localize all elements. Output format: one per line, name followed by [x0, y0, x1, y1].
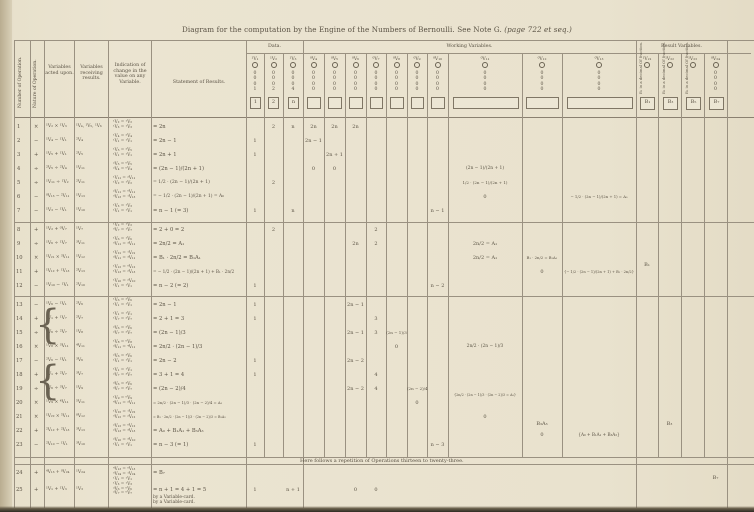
cell: 2n − 2: [345, 386, 366, 392]
change-line: ¹V₁ = ¹V₁: [113, 284, 135, 289]
data-box-v3: n: [288, 97, 299, 109]
op-recv: ¹V₂₄: [76, 470, 85, 476]
op-change: ¹V₈ = ⁰V₈³V₁₁ = ⁴V₁₁: [113, 340, 135, 350]
result-box-b5: B₅: [686, 97, 701, 110]
op-result: = B₁ · 2n/2 = B₁A₁: [153, 255, 201, 261]
result-box-b1: B₁: [640, 97, 655, 110]
op-number: 15: [16, 330, 23, 336]
header-result-variables: Result Variables.: [636, 44, 727, 50]
cell: 2: [264, 124, 283, 130]
cell: 1: [246, 283, 264, 289]
op-number: 23: [16, 442, 23, 448]
section-divider-4: [14, 464, 754, 465]
op-recv: ⁰V₁₂: [76, 414, 85, 420]
op-change: ¹V₂ = ¹V₂¹V₃ = ¹V₃: [113, 120, 132, 130]
op-change: ¹V₅ = ²V₅¹V₁ = ¹V₁: [113, 148, 132, 158]
op-result: = B₃ · 2n/2 · (2n − 1)/3 · (2n − 2)/3 = …: [153, 414, 226, 420]
op-recv: ²V₁₁: [76, 180, 85, 186]
cell: (2n − 1)/3: [386, 330, 407, 336]
change-line: ²V₇ = ²V₇: [113, 331, 132, 336]
op-change: ²V₁₁ = ⁰V₁₁⁰V₁₃ = ¹V₁₃: [113, 190, 135, 200]
op-number: 9: [17, 241, 20, 247]
cell: 0: [345, 487, 366, 493]
col-line: [345, 53, 346, 457]
note-line: by a Variable-card.: [153, 500, 195, 505]
op-recv: ¹V₁₂: [76, 255, 85, 261]
working-box: [349, 97, 363, 109]
op-recv: ³V₁₀: [76, 442, 85, 448]
cell: n: [283, 208, 303, 214]
op-change: ¹V₆ = ¹V₆⁰V₁₁ = ³V₁₁: [113, 237, 135, 247]
change-line: ¹V₁ = ¹V₁: [113, 153, 132, 158]
cell: 4: [366, 386, 386, 392]
circle-icon: [435, 62, 441, 68]
op-nature: −: [34, 283, 38, 289]
op-nature: +: [34, 152, 38, 158]
op-nature: −: [34, 208, 38, 214]
change-line: ²V₇ = ³V₇: [113, 373, 132, 378]
digit: 1: [246, 87, 264, 92]
cell: B₃: [658, 421, 681, 427]
op-recv: ²V₅: [76, 152, 83, 158]
op-change: ¹V₃ = ¹V₃¹V₁ = ¹V₁: [113, 204, 132, 214]
working-box: [328, 97, 342, 109]
op-recv: ¹V₁₁: [76, 166, 85, 172]
cell: 2: [264, 227, 283, 233]
header-indication-of-change: Indication of change in the value on any…: [109, 63, 151, 85]
col-line: [386, 53, 387, 457]
cell: 0: [522, 269, 562, 275]
op-recv: ²V₁₀: [76, 283, 85, 289]
op-recv: ²V₁₃: [76, 269, 85, 275]
header-variables-receiving-results: Variables receiving results.: [75, 65, 108, 82]
op-number: 8: [17, 227, 20, 233]
circle-icon: [482, 62, 488, 68]
op-recv: ³V₁₁: [76, 241, 85, 247]
op-change: ¹V₂₂ = ¹V₂₂⁰V₁₂ = ²V₁₂: [113, 410, 135, 420]
cell: 2: [366, 241, 386, 247]
circle-icon: [332, 62, 338, 68]
col-line: [704, 53, 705, 457]
working-box: [453, 97, 519, 109]
op-nature: ×: [34, 414, 38, 420]
working-column-v4: ⁰V₄0000: [303, 57, 324, 92]
op-result: = (2n − 1)/(2n + 1): [153, 166, 204, 172]
op-change: ²V₁₀ = ³V₁₀¹V₁ = ¹V₁: [113, 438, 135, 448]
op-acted: ⁰V₁₃ − ²V₁₁: [46, 194, 69, 200]
cell: B₃A₃: [522, 421, 562, 427]
change-line: ⁰V₇ = ¹V₇: [113, 228, 132, 233]
op-recv: ¹V₁₀: [76, 208, 85, 214]
cell: 2n: [303, 124, 324, 130]
cell: 2n/2 · (2n − 1)/3: [448, 344, 522, 350]
cell: 1: [246, 302, 264, 308]
op-change: ¹V₁₀ = ²V₁₀¹V₁ = ¹V₁: [113, 279, 135, 289]
op-recv: ³V₁₃: [76, 428, 85, 434]
cell: 2n − 1: [345, 330, 366, 336]
cell: 1: [246, 138, 264, 144]
cell: B₁ · 2n/2 = B₁A₁: [522, 255, 562, 261]
col-line: [727, 40, 728, 508]
header-variables-acted-upon: Variables acted upon.: [45, 65, 74, 76]
header-working-variables: Working Variables.: [303, 44, 636, 50]
change-line: ²V₁₃ = ³V₁₃: [113, 429, 135, 434]
cell: 1: [246, 316, 264, 322]
data-column-v1: ¹V₁ 0 0 0 1: [246, 57, 264, 92]
col-line: [74, 40, 75, 508]
change-line: ¹V₁ = ¹V₁: [113, 443, 135, 448]
op-acted: ¹V₅ + ¹V₁: [46, 152, 67, 158]
op-acted: ¹V₆ ÷ ¹V₇: [46, 241, 67, 247]
working-box: [526, 97, 559, 109]
op-number: 18: [16, 372, 23, 378]
col-line: [366, 53, 367, 457]
result-box-b3: B₃: [663, 97, 678, 110]
change-line: ¹V₇ = ²V₇: [113, 317, 132, 322]
digit: 2: [264, 87, 283, 92]
cell: n + 1: [283, 487, 303, 493]
col-line: [427, 53, 428, 457]
col-line: [44, 40, 45, 508]
bracket-group-17-20: {: [35, 356, 60, 406]
cell: {A₀ + B₁A₁ + B₃A₃}: [562, 432, 636, 438]
cell: 2: [366, 227, 386, 233]
cell: (2n − 1)/(2n + 1): [448, 166, 522, 172]
op-acted: ¹V₂₁ × ³V₁₁: [46, 255, 69, 261]
cell: n − 3: [427, 442, 448, 448]
working-box: [370, 97, 383, 109]
page-bottom-shadow: [0, 506, 754, 512]
header-bottom-border: [14, 117, 754, 118]
book-spine: [0, 0, 12, 512]
op-result: = 2 + 1 = 3: [153, 316, 184, 322]
op-acted: ²V₁₂ + ²V₁₃: [46, 428, 69, 434]
working-column-v13: ⁰V₁₃0000: [562, 57, 636, 92]
cell: 4: [366, 372, 386, 378]
cell: 0: [303, 166, 324, 172]
op-result: = n − 2 (= 2): [153, 283, 188, 289]
op-change: ¹V₆ = ²V₆¹V₁ = ¹V₁: [113, 298, 132, 308]
working-column-v5: ⁰V₅0000: [324, 57, 345, 92]
op-change: ¹V₁₂ = ⁰V₁₂¹V₁₃ = ²V₁₃: [113, 265, 135, 275]
op-nature: +: [34, 487, 38, 493]
change-line: ¹V₁₃ = ²V₁₃: [113, 270, 135, 275]
working-column-v7: ⁰V₇0000: [366, 57, 386, 92]
cell: 1: [246, 208, 264, 214]
op-number: 21: [16, 414, 23, 420]
header-nature-of-operation: Nature of Operation.: [33, 59, 38, 108]
op-number: 13: [16, 302, 23, 308]
op-change: ¹V₁ = ¹V₁¹V₃ = ¹V₃⁵V₆ = ⁰V₆⁵V₇ = ⁰V₇: [113, 477, 132, 496]
cell: 2n: [324, 124, 345, 130]
cell: 1: [246, 358, 264, 364]
circle-icon: [539, 62, 545, 68]
cell: (2n − 2)/4: [407, 386, 427, 392]
cell: 2n: [345, 241, 366, 247]
cell: 1: [246, 372, 264, 378]
group-header-divider: [246, 53, 751, 54]
op-nature: +: [34, 470, 38, 476]
circle-icon: [690, 62, 696, 68]
col-line: [562, 53, 563, 457]
circle-icon: [667, 62, 673, 68]
op-nature: +: [34, 269, 38, 275]
op-acted: ¹V₃ − ¹V₁: [46, 208, 67, 214]
op-result: = n + 1 = 4 + 1 = 5: [153, 487, 206, 493]
op-result: = A₀ + B₁A₁ + B₃A₃: [153, 428, 204, 434]
op-number: 20: [16, 400, 23, 406]
col-line: [30, 40, 31, 508]
op-acted: ¹V₂ × ¹V₃: [46, 124, 67, 130]
cell: 2n + 1: [324, 152, 345, 158]
op-result: = − 1/2 · (2n − 1)/(2n + 1) = A₀: [153, 194, 224, 200]
col-line: [303, 40, 304, 508]
cell: − 1/2 · (2n − 1)/(2n + 1) = A₀: [562, 194, 636, 200]
title-page-reference: (page 722 et seq.): [504, 25, 572, 34]
cell: {− 1/2 · (2n − 1)/(2n + 1) + B₁ · 2n/2}: [562, 269, 636, 275]
op-change: ¹V₂ = ¹V₂⁰V₇ = ¹V₇: [113, 223, 132, 233]
op-acted: ¹V₁₀ − ¹V₁: [46, 283, 69, 289]
cell: 1/2 · (2n − 1)/(2n + 1): [448, 180, 522, 186]
op-acted: ⁴V₁₃ + ⁰V₂₄: [46, 470, 69, 476]
op-number: 2: [17, 138, 20, 144]
header-data: Data.: [246, 44, 303, 50]
change-line: ³V₁₁ = ⁴V₁₁: [113, 345, 135, 350]
change-line: ⁴V₁₁ = ⁵V₁₁: [113, 401, 135, 406]
cell: n: [283, 124, 303, 130]
circle-icon: [644, 62, 650, 68]
op-number: 3: [17, 152, 20, 158]
op-result: = 2n − 1: [153, 302, 177, 308]
op-number: 11: [16, 269, 23, 275]
op-change: ¹V₁₁ = ²V₁₁¹V₂ = ¹V₂: [113, 176, 135, 186]
op-acted: ¹V₂₂ × ⁵V₁₁: [46, 414, 69, 420]
working-box: [567, 97, 633, 109]
op-number: 16: [16, 344, 23, 350]
col-line: [407, 53, 408, 457]
op-number: 6: [17, 194, 20, 200]
cell: 2n: [345, 124, 366, 130]
op-acted: ²V₅ ÷ ²V₄: [46, 166, 67, 172]
circle-icon: [311, 62, 317, 68]
op-result: = n − 1 (= 3): [153, 208, 188, 214]
op-nature: +: [34, 428, 38, 434]
working-box: [411, 97, 424, 109]
op-nature: ×: [34, 124, 38, 130]
op-change: ¹V₁ = ¹V₁²V₇ = ³V₇: [113, 368, 132, 378]
cell: 2: [264, 180, 283, 186]
circle-icon: [414, 62, 420, 68]
circle-icon: [713, 62, 719, 68]
op-number: 22: [16, 428, 23, 434]
change-line: ⁵V₇ = ⁰V₇: [113, 491, 132, 496]
op-recv: ²V₄: [76, 138, 83, 144]
working-column-v8: ⁰V₈0000: [386, 57, 407, 92]
op-recv: ¹V₄, ¹V₅, ¹V₆: [76, 124, 102, 130]
variable-card-notes: by a Variable-card.by a Variable-card.: [153, 495, 195, 505]
table-top-border: [14, 40, 754, 41]
op-recv: ⁵V₁₁: [76, 400, 85, 406]
data-box-v1: 1: [250, 97, 261, 109]
cell: 0: [522, 432, 562, 438]
change-line: ¹V₃ = ¹V₃: [113, 125, 132, 130]
working-column-v9: ⁰V₉0000: [407, 57, 427, 92]
col-line: [246, 40, 247, 508]
op-result: = 2n − 1: [153, 138, 177, 144]
repetition-note: Here follows a repetition of Operations …: [300, 458, 464, 464]
data-column-v2: ¹V₂ 0 0 0 2: [264, 57, 283, 92]
op-result: = n − 3 (= 1): [153, 442, 188, 448]
working-box: [390, 97, 404, 109]
cell: 2n − 1: [345, 302, 366, 308]
op-result: = 2n/2 · (2n − 1)/3: [153, 344, 202, 350]
op-change: ²V₆ = ²V₆²V₇ = ²V₇: [113, 326, 132, 336]
op-nature: +: [34, 227, 38, 233]
cell: 1: [246, 487, 264, 493]
col-line: [108, 40, 109, 508]
op-change: ²V₆ = ³V₆¹V₁ = ¹V₁: [113, 354, 132, 364]
diagram-title: Diagram for the computation by the Engin…: [182, 25, 572, 34]
op-result: = 2n − 2: [153, 358, 177, 364]
working-column-v11: ⁰V₁₁0000: [448, 57, 522, 92]
cell: B₁: [636, 262, 658, 268]
op-change: ¹V₂₁ = ¹V₂₁³V₁₁ = ³V₁₁: [113, 251, 135, 261]
change-line: ⁰V₁₁ = ³V₁₁: [113, 242, 135, 247]
op-number: 24: [16, 470, 23, 476]
change-line: ¹V₁ = ¹V₁: [113, 359, 132, 364]
op-number: 14: [16, 316, 23, 322]
working-column-v6: ⁰V₆0000: [345, 57, 366, 92]
op-change: ²V₁₂ = ⁰V₁₂²V₁₃ = ³V₁₃: [113, 424, 135, 434]
col-line: [264, 53, 265, 457]
col-line: [324, 53, 325, 457]
op-nature: ÷: [34, 180, 38, 186]
change-line: ¹V₁ = ¹V₁: [113, 139, 132, 144]
cell: 0: [448, 194, 522, 200]
op-result: = 2n/2 = A₁: [153, 241, 184, 247]
op-result: = 3 + 1 = 4: [153, 372, 184, 378]
change-line: ³V₁₁ = ³V₁₁: [113, 256, 135, 261]
op-result: = (2n − 2)/4: [153, 386, 186, 392]
result-label-b5: B₅ in a decimal Of fraction.: [684, 42, 689, 94]
cell: 0: [324, 166, 345, 172]
op-nature: −: [34, 442, 38, 448]
cell: 0: [448, 414, 522, 420]
cell: 2n − 1: [303, 138, 324, 144]
op-result: = 2 + 0 = 2: [153, 227, 184, 233]
data-box-v2: 2: [268, 97, 279, 109]
title-text: Diagram for the computation by the Engin…: [182, 25, 502, 34]
op-change: ²V₅ = ⁰V₅²V₄ = ⁰V₄: [113, 162, 132, 172]
cell: 3: [366, 316, 386, 322]
op-change: ¹V₉ = ⁰V₉⁴V₁₁ = ⁵V₁₁: [113, 396, 135, 406]
header-statement-of-results: Statement of Results.: [152, 80, 246, 86]
result-label-b3: B₃ in a decimal Of fraction.: [661, 42, 666, 94]
cell: {2n/2 · (2n − 1)/3 · (2n − 2)/3 = A₃}: [448, 393, 522, 398]
col-line: [681, 53, 682, 457]
cell: 1: [246, 152, 264, 158]
op-recv: ²V₇: [76, 316, 83, 322]
working-box: [431, 97, 445, 109]
op-number: 25: [16, 487, 23, 493]
header-number-of-operation: Number of Operation.: [18, 57, 23, 108]
working-column-v12: ⁰V₁₂0000: [522, 57, 562, 92]
change-line: ¹V₂ = ¹V₂: [113, 181, 135, 186]
op-recv: ⁴V₁₁: [76, 344, 85, 350]
cell: n − 1: [427, 208, 448, 214]
op-nature: −: [34, 194, 38, 200]
digit: 4: [283, 87, 303, 92]
circle-icon: [290, 62, 296, 68]
op-recv: ¹V₈: [76, 330, 83, 336]
cell: 0: [386, 344, 407, 350]
col-line: [151, 40, 152, 508]
op-change: ³V₆ = ³V₆³V₇ = ³V₇: [113, 382, 132, 392]
result-label-b1: B₁ in a decimal Of fraction.: [638, 42, 643, 94]
op-nature: ÷: [34, 241, 38, 247]
op-number: 7: [17, 208, 20, 214]
cell: n − 2: [427, 283, 448, 289]
op-recv: ³V₆: [76, 358, 83, 364]
bracket-group-13-16: {: [35, 300, 60, 350]
circle-icon: [596, 62, 602, 68]
result-column-v24: ⁰V₂₄0000: [704, 57, 727, 92]
op-result: = − 1/2 · (2n − 1)/(2n + 1) + B₁ · 2n/2: [153, 269, 234, 275]
op-recv: ²V₆: [76, 302, 83, 308]
op-nature: ×: [34, 255, 38, 261]
working-box: [307, 97, 321, 109]
op-acted: ¹V₁₁ ÷ ¹V₂: [46, 180, 69, 186]
change-line: ⁰V₁₃ = ¹V₁₃: [113, 195, 135, 200]
circle-icon: [373, 62, 379, 68]
op-result: = 2n/2 · (2n − 1)/3 · (2n − 2)/4 = A₃: [153, 400, 222, 406]
cell: B₇: [704, 475, 727, 481]
op-result: = (2n − 1)/3: [153, 330, 186, 336]
op-result: = 2n: [153, 124, 166, 130]
op-number: 17: [16, 358, 23, 364]
op-acted: ²V₁₀ − ¹V₁: [46, 442, 68, 448]
op-result: = 2n + 1: [153, 152, 177, 158]
cell: 2n/2 = A₁: [448, 255, 522, 261]
change-line: ²V₄ = ⁰V₄: [113, 167, 132, 172]
op-result: = B₇: [153, 470, 165, 476]
op-number: 4: [17, 166, 20, 172]
circle-icon: [252, 62, 258, 68]
circle-icon: [271, 62, 277, 68]
op-recv: ¹V₉: [76, 386, 83, 392]
cell: 0: [366, 487, 386, 493]
cell: 3: [366, 330, 386, 336]
circle-icon: [394, 62, 400, 68]
cell: 1: [246, 442, 264, 448]
op-number: 10: [16, 255, 23, 261]
op-change: ¹V₁ = ¹V₁¹V₇ = ²V₇: [113, 312, 132, 322]
change-line: ¹V₁ = ¹V₁: [113, 209, 132, 214]
op-recv: ¹V₇: [76, 227, 83, 233]
op-number: 12: [16, 283, 23, 289]
col-line: [283, 53, 284, 457]
result-box-b7: B₇: [709, 97, 724, 110]
change-line: ¹V₁ = ¹V₁: [113, 303, 132, 308]
col-line: [14, 40, 15, 508]
change-line: ³V₇ = ³V₇: [113, 387, 132, 392]
circle-icon: [353, 62, 359, 68]
cell: 0: [407, 400, 427, 406]
op-acted: ¹V₁₂ + ¹V₁₃: [46, 269, 69, 275]
data-column-v3: ¹V₃ 0 0 0 4: [283, 57, 303, 92]
op-acted: ¹V₂ + ⁰V₇: [46, 227, 67, 233]
col-line: [658, 53, 659, 457]
